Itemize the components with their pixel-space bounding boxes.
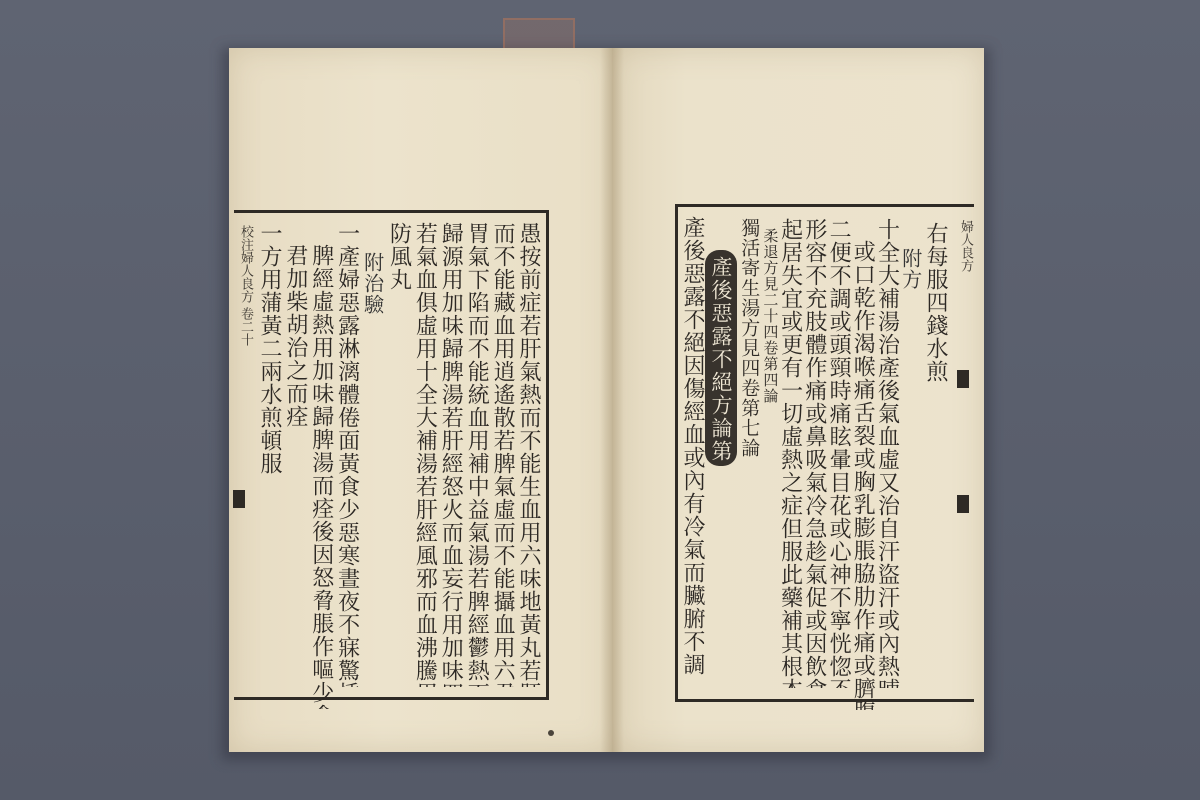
text-column: 歸源用加味歸脾湯若肝經怒火而血妄行用加味四物湯 [439,222,465,687]
text-column: 形容不充肢體作痛或鼻吸氣冷急趁氣促或因飲食勞役 [805,218,829,688]
text-column: 君加柴胡治之而痊 [284,222,310,709]
text-column: 一方用蒲黃二兩水煎頓服 [258,222,284,687]
page-mark [548,730,554,736]
text-column: 獨活寄生湯方見四卷第七論 [740,218,764,688]
text-column: 防風丸 [388,222,414,687]
text-column: 或口乾作渴喉痛舌裂或胸乳膨脹脇肋作痛或臍腹陰冷 [853,218,877,710]
text-column: 產後惡露不絕因傷經血或內有冷氣而臟腑不調故也 [679,216,707,676]
text-column: 胃氣下陷而不能統血用補中益氣湯若脾經鬱熱而血不 [465,222,491,687]
text-column: 一產婦惡露淋漓體倦面黃食少惡寒晝夜不寐驚悸汗出此 [336,222,362,687]
reference-column: 柔退方見二十四卷第四論 [764,218,780,698]
fishtail-mark [957,495,969,513]
fishtail-mark [957,370,969,388]
text-column: 愚按前症若肝氣熱而不能生血用六味地黃丸若肝氣虛 [517,222,543,687]
book-gutter [600,48,624,752]
left-text-block: 愚按前症若肝氣熱而不能生血用六味地黃丸若肝氣虛 而不能藏血用逍遙散若脾氣虛而不能… [258,222,543,687]
subheading-column: 附方 [902,218,926,718]
text-column: 右每服四錢水煎 [926,218,950,692]
text-column: 脾經虛熱用加味歸脾湯而痊後因怒脅脹作嘔少食用六 [310,222,336,709]
section-title-label: 產後惡露不絕方論第三 [705,250,737,466]
left-margin-strip: 校注婦人良方 卷二十 [236,225,255,425]
right-margin-strip: 婦人良方 [956,220,975,390]
text-column: 十全大補湯治產後氣血虛又治自汗盜汗或內熱晡熱潮熱發熱 [877,218,901,688]
text-column: 若氣血俱虛用十全大補湯若肝經風邪而血沸騰用一味 [413,222,439,687]
right-text-block: 右每服四錢水煎 附方 十全大補湯治產後氣血虛又治自汗盜汗或內熱晡熱潮熱發熱 或口… [740,218,950,688]
text-column: 而不能藏血用逍遙散若脾氣虛而不能攝血用六君子湯 [491,222,517,687]
text-column: 二便不調或頭頸時痛眩暈目花或心神不寧恍惚不寐或 [829,218,853,688]
text-column: 起居失宜或更有一切虛熱之症但服此藥補其根本諸症 [780,218,804,688]
fishtail-mark [233,490,245,508]
subheading-column: 附治驗 [362,222,388,717]
